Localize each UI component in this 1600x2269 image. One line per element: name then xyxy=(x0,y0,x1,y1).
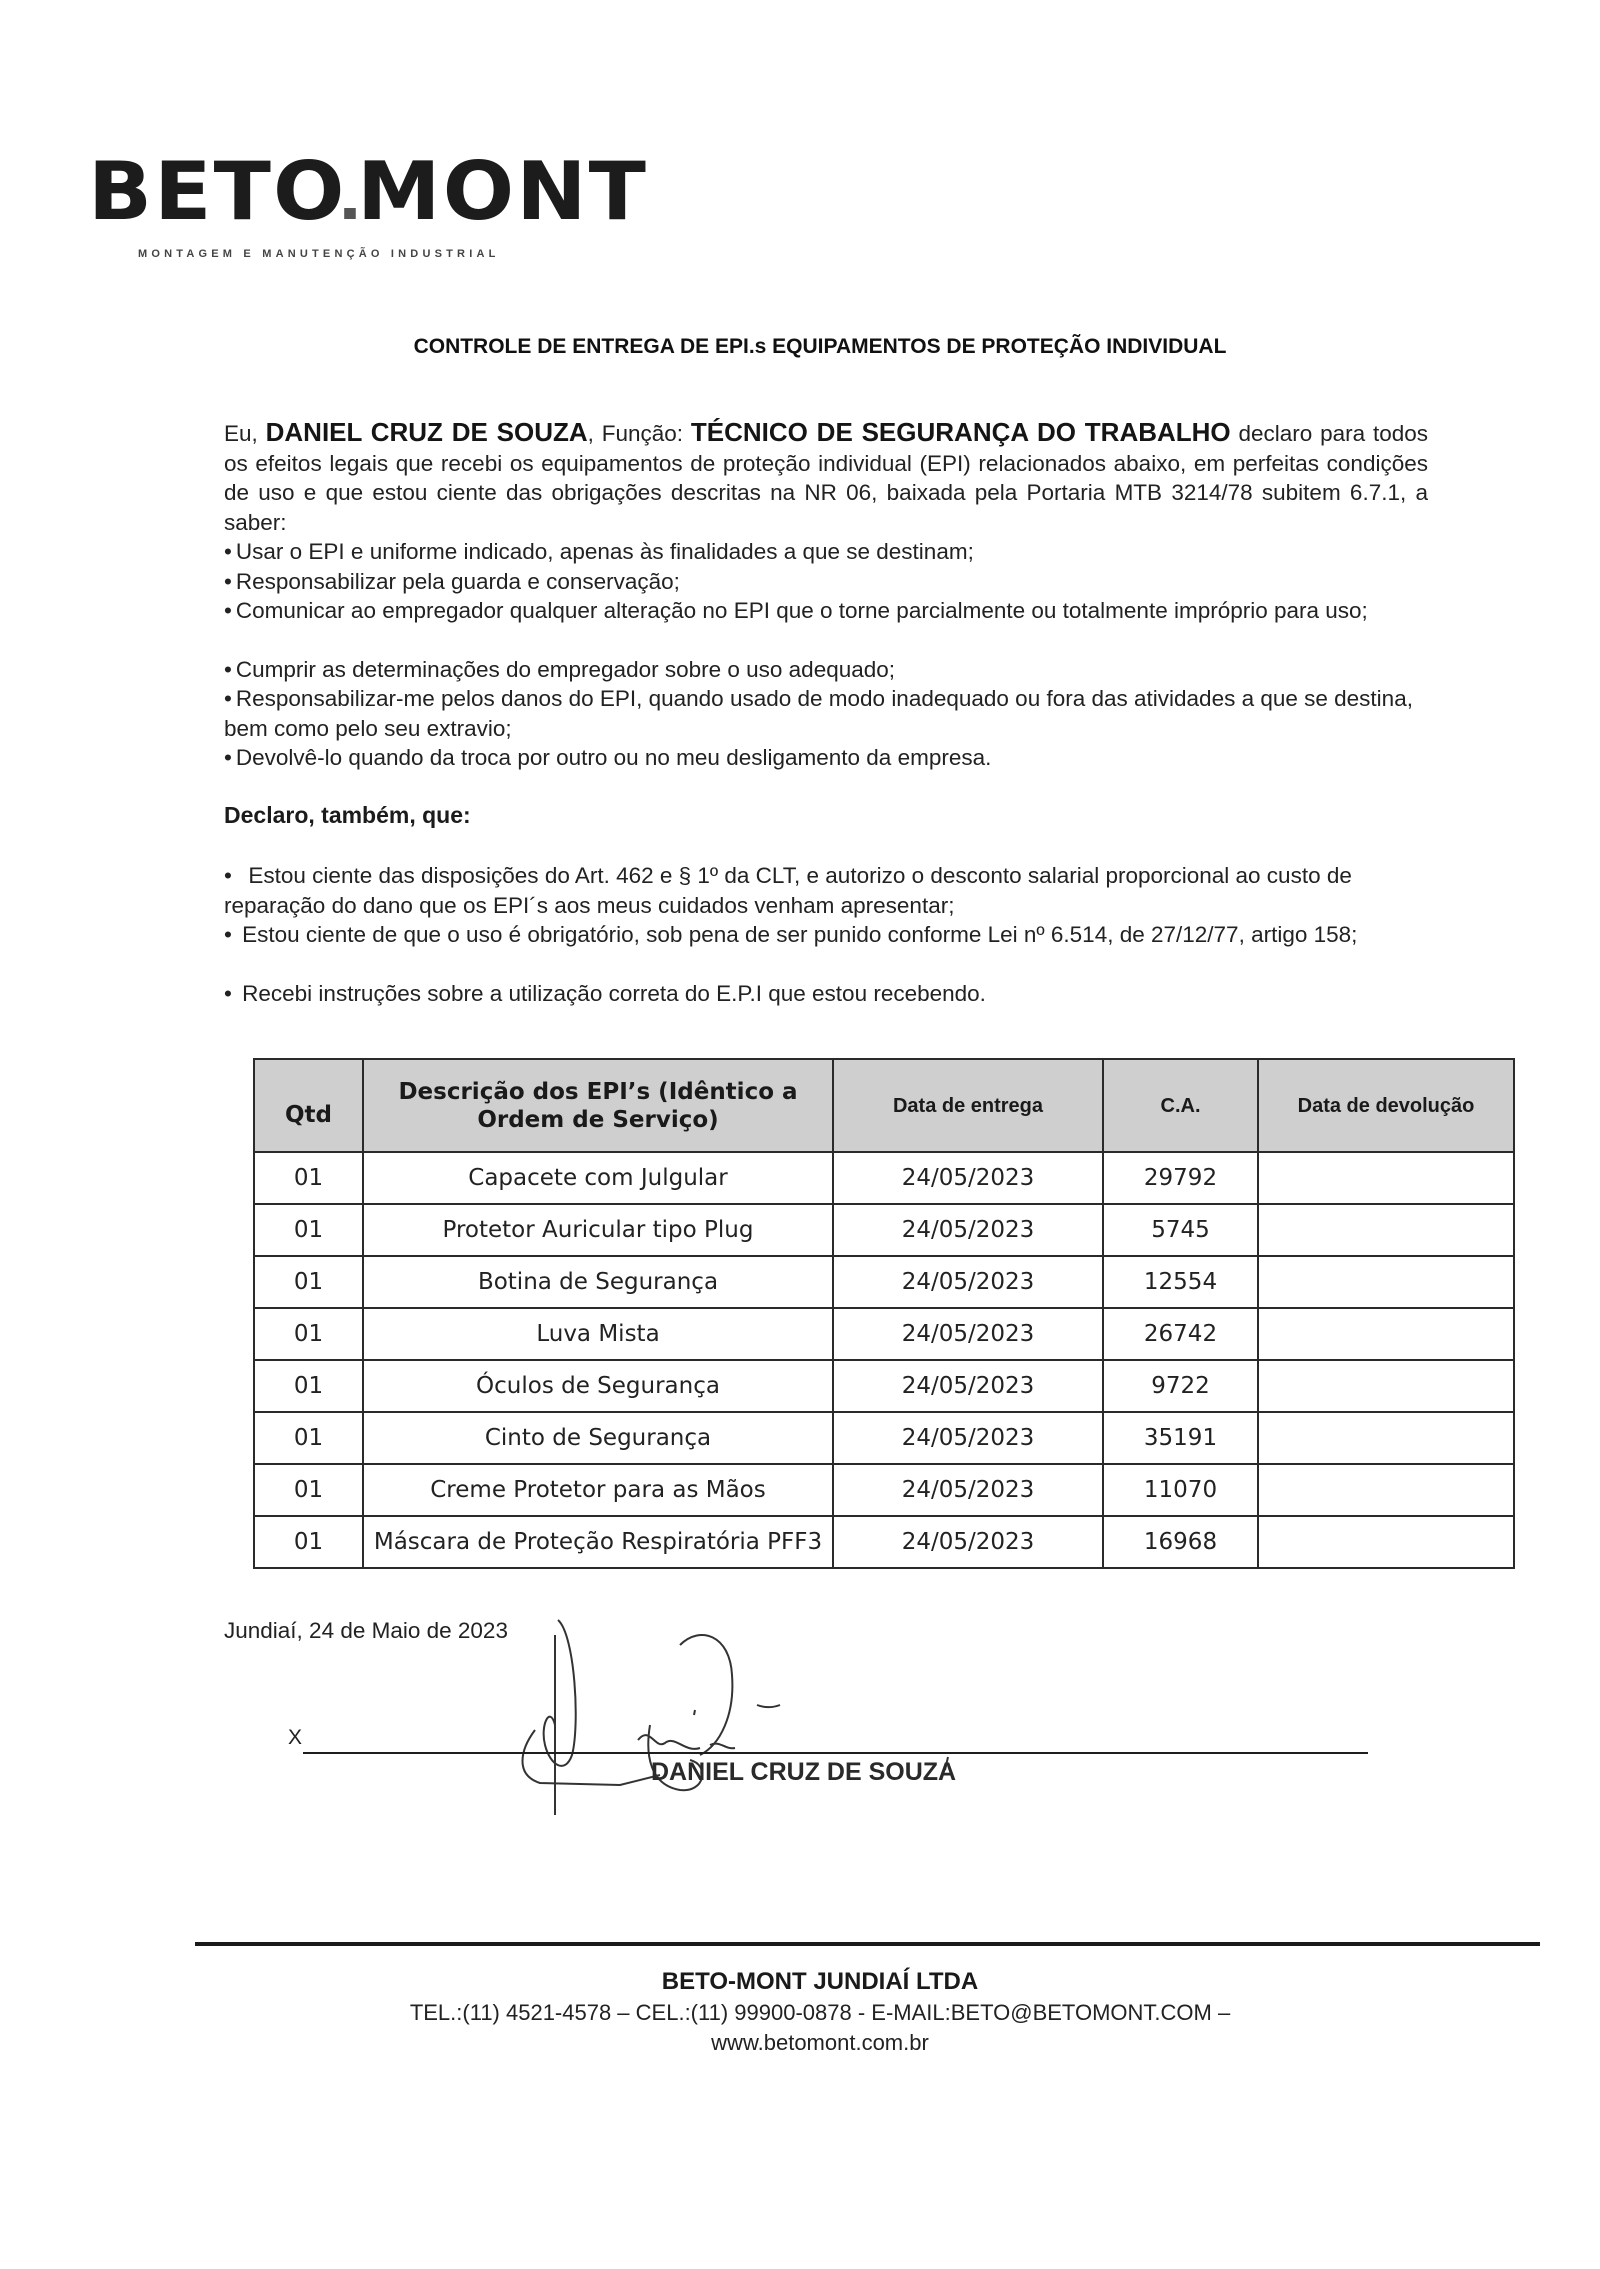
epi-delivery-table: Qtd Descrição dos EPI’s (Idêntico a Orde… xyxy=(253,1058,1515,1569)
employee-name: DANIEL CRUZ DE SOUZA xyxy=(266,417,588,447)
cell-return-date[interactable] xyxy=(1258,1516,1514,1568)
obligation-text: Responsabilizar-me pelos danos do EPI, q… xyxy=(224,686,1413,741)
cell-ca: 35191 xyxy=(1103,1412,1258,1464)
header-ca: C.A. xyxy=(1103,1059,1258,1152)
table-row: 01Protetor Auricular tipo Plug24/05/2023… xyxy=(254,1204,1514,1256)
cell-ca: 11070 xyxy=(1103,1464,1258,1516)
cell-return-date[interactable] xyxy=(1258,1204,1514,1256)
footer-divider xyxy=(195,1942,1540,1946)
header-description: Descrição dos EPI’s (Idêntico a Ordem de… xyxy=(363,1059,833,1152)
cell-description: Capacete com Julgular xyxy=(363,1152,833,1204)
table-row: 01Capacete com Julgular24/05/202329792 xyxy=(254,1152,1514,1204)
table-row: 01Máscara de Proteção Respiratória PFF32… xyxy=(254,1516,1514,1568)
cell-delivery-date: 24/05/2023 xyxy=(833,1204,1103,1256)
signer-name: DANIEL CRUZ DE SOUZA xyxy=(651,1758,956,1787)
document-title: CONTROLE DE ENTREGA DE EPI.s EQUIPAMENTO… xyxy=(0,335,1600,359)
cell-qtd: 01 xyxy=(254,1360,363,1412)
cell-description: Luva Mista xyxy=(363,1308,833,1360)
obligation-item: •Usar o EPI e uniforme indicado, apenas … xyxy=(224,537,1444,567)
table-header-row: Qtd Descrição dos EPI’s (Idêntico a Orde… xyxy=(254,1059,1514,1152)
cell-delivery-date: 24/05/2023 xyxy=(833,1360,1103,1412)
cell-return-date[interactable] xyxy=(1258,1308,1514,1360)
function-label: , Função: xyxy=(588,421,691,446)
cell-return-date[interactable] xyxy=(1258,1152,1514,1204)
also-item-text: Recebi instruções sobre a utilização cor… xyxy=(242,981,986,1006)
cell-qtd: 01 xyxy=(254,1152,363,1204)
footer-company-name: BETO-MONT JUNDIAÍ LTDA xyxy=(0,1968,1600,1996)
company-logo: BETOMONT xyxy=(88,152,648,232)
cell-qtd: 01 xyxy=(254,1412,363,1464)
logo-text-mont: MONT xyxy=(357,145,648,238)
table-row: 01Óculos de Segurança24/05/20239722 xyxy=(254,1360,1514,1412)
cell-ca: 12554 xyxy=(1103,1256,1258,1308)
cell-delivery-date: 24/05/2023 xyxy=(833,1152,1103,1204)
obligation-item: •Devolvê-lo quando da troca por outro ou… xyxy=(224,743,1444,773)
header-delivery-date: Data de entrega xyxy=(833,1059,1103,1152)
cell-ca: 9722 xyxy=(1103,1360,1258,1412)
footer-contact-info: TEL.:(11) 4521-4578 – CEL.:(11) 99900-08… xyxy=(0,2000,1600,2026)
also-item-text: Estou ciente de que o uso é obrigatório,… xyxy=(242,920,1412,950)
also-item: • Recebi instruções sobre a utilização c… xyxy=(224,979,1444,1009)
cell-description: Protetor Auricular tipo Plug xyxy=(363,1204,833,1256)
obligation-text: Devolvê-lo quando da troca por outro ou … xyxy=(236,745,991,770)
cell-qtd: 01 xyxy=(254,1256,363,1308)
table-row: 01Cinto de Segurança24/05/202335191 xyxy=(254,1412,1514,1464)
obligation-text: Comunicar ao empregador qualquer alteraç… xyxy=(236,596,1431,626)
footer-website: www.betomont.com.br xyxy=(0,2030,1600,2056)
cell-delivery-date: 24/05/2023 xyxy=(833,1464,1103,1516)
cell-description: Óculos de Segurança xyxy=(363,1360,833,1412)
obligation-item: •Comunicar ao empregador qualquer altera… xyxy=(224,596,1439,626)
obligation-item: •Cumprir as determinações do empregador … xyxy=(224,655,1444,685)
cell-description: Máscara de Proteção Respiratória PFF3 xyxy=(363,1516,833,1568)
also-item-text: Estou ciente das disposições do Art. 462… xyxy=(224,863,1352,918)
obligation-item: •Responsabilizar pela guarda e conservaç… xyxy=(224,567,1444,597)
cell-ca: 29792 xyxy=(1103,1152,1258,1204)
cell-qtd: 01 xyxy=(254,1204,363,1256)
obligation-text: Usar o EPI e uniforme indicado, apenas à… xyxy=(236,539,974,564)
signature-line xyxy=(303,1752,1368,1754)
cell-return-date[interactable] xyxy=(1258,1412,1514,1464)
logo-text-beto: BETO xyxy=(88,145,347,238)
cell-delivery-date: 24/05/2023 xyxy=(833,1308,1103,1360)
cell-return-date[interactable] xyxy=(1258,1360,1514,1412)
cell-delivery-date: 24/05/2023 xyxy=(833,1256,1103,1308)
declaration-paragraph: Eu, DANIEL CRUZ DE SOUZA, Função: TÉCNIC… xyxy=(224,418,1428,537)
cell-return-date[interactable] xyxy=(1258,1256,1514,1308)
header-return-date: Data de devolução xyxy=(1258,1059,1514,1152)
employee-function: TÉCNICO DE SEGURANÇA DO TRABALHO xyxy=(691,417,1231,447)
cell-description: Creme Protetor para as Mãos xyxy=(363,1464,833,1516)
declaration-prefix: Eu, xyxy=(224,421,266,446)
table-row: 01Luva Mista24/05/202326742 xyxy=(254,1308,1514,1360)
logo-tagline: MONTAGEM E MANUTENÇÃO INDUSTRIAL xyxy=(138,248,500,260)
table-row: 01Creme Protetor para as Mãos24/05/20231… xyxy=(254,1464,1514,1516)
obligation-item: •Responsabilizar-me pelos danos do EPI, … xyxy=(224,684,1424,743)
header-qtd: Qtd xyxy=(254,1059,363,1152)
obligation-text: Cumprir as determinações do empregador s… xyxy=(236,657,895,682)
cell-qtd: 01 xyxy=(254,1464,363,1516)
cell-qtd: 01 xyxy=(254,1308,363,1360)
cell-description: Botina de Segurança xyxy=(363,1256,833,1308)
cell-description: Cinto de Segurança xyxy=(363,1412,833,1464)
signature-x-mark: X xyxy=(288,1726,302,1750)
cell-qtd: 01 xyxy=(254,1516,363,1568)
cell-ca: 26742 xyxy=(1103,1308,1258,1360)
cell-return-date[interactable] xyxy=(1258,1464,1514,1516)
table-row: 01Botina de Segurança24/05/202312554 xyxy=(254,1256,1514,1308)
place-date: Jundiaí, 24 de Maio de 2023 xyxy=(224,1618,508,1644)
obligation-text: Responsabilizar pela guarda e conservaçã… xyxy=(236,569,680,594)
cell-delivery-date: 24/05/2023 xyxy=(833,1412,1103,1464)
cell-delivery-date: 24/05/2023 xyxy=(833,1516,1103,1568)
cell-ca: 16968 xyxy=(1103,1516,1258,1568)
cell-ca: 5745 xyxy=(1103,1204,1258,1256)
also-item: • Estou ciente de que o uso é obrigatóri… xyxy=(224,920,1429,950)
also-item: • Estou ciente das disposições do Art. 4… xyxy=(224,861,1429,920)
also-declare-heading: Declaro, também, que: xyxy=(224,802,471,829)
logo-square-icon xyxy=(344,208,356,219)
